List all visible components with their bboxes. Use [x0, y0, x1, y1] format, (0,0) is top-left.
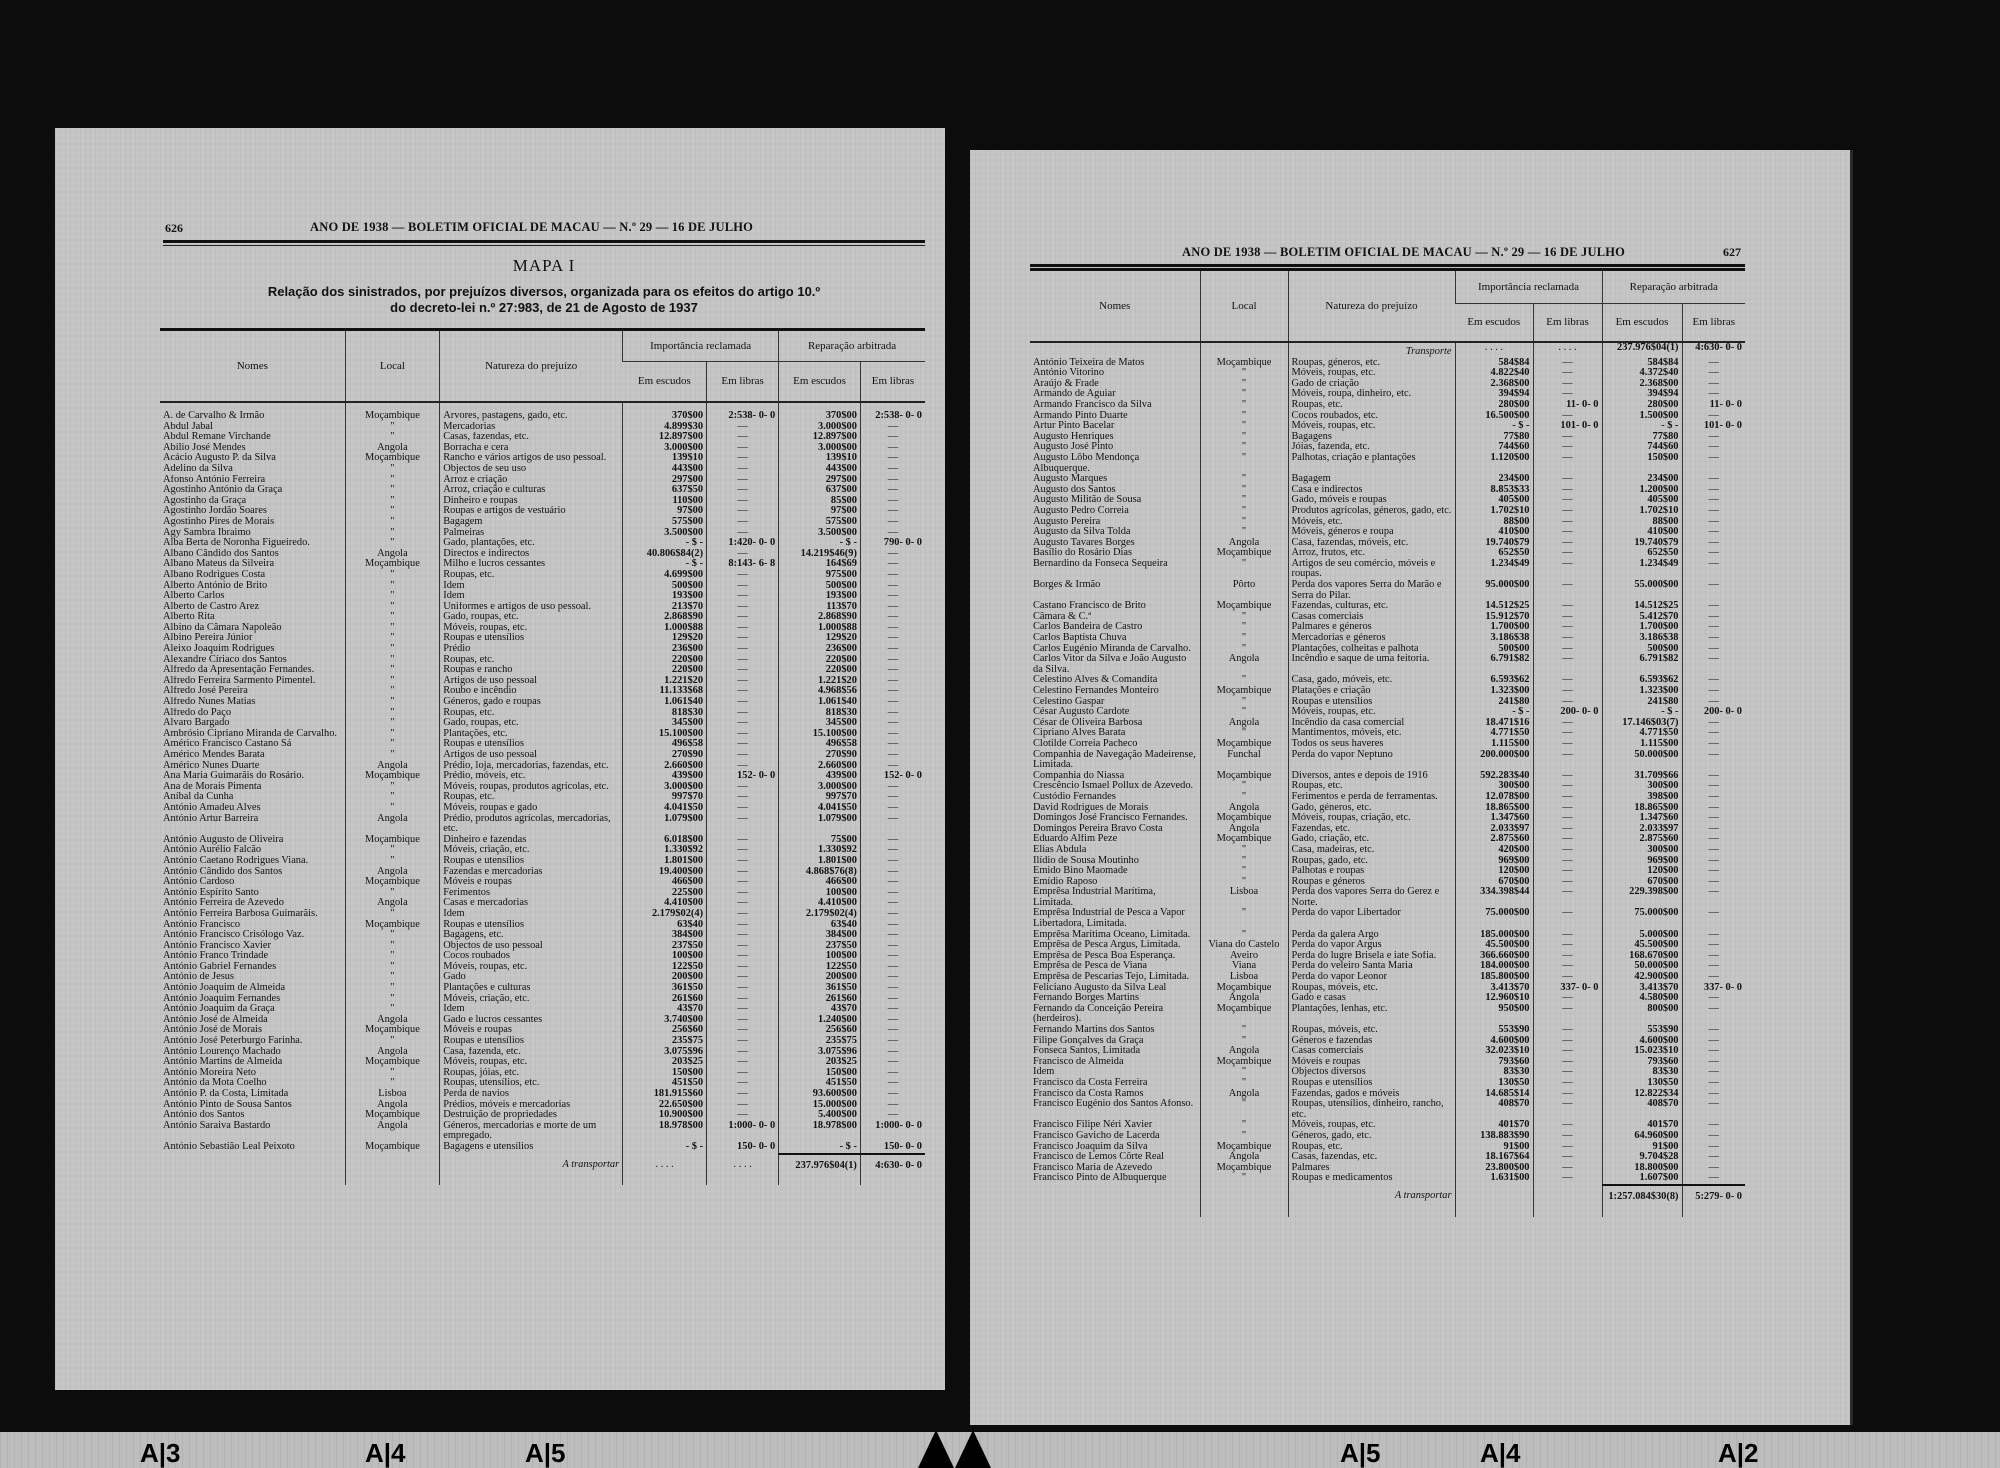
claimant-name: António Augusto de Oliveira [160, 835, 345, 846]
claimant-local: " [345, 1036, 440, 1047]
header-rule-thin [163, 245, 925, 246]
claimant-local: " [345, 930, 440, 941]
claimed-libras: — [1533, 538, 1602, 549]
claimant-name: Augusto dos Santos [1030, 485, 1200, 496]
claimant-name: Cipriano Alves Barata [1030, 728, 1200, 739]
awarded-escudos: 975$00 [779, 570, 861, 581]
table-row: Augusto Lôbo Mendonça Albuquerque."Palho… [1030, 453, 1745, 474]
claimant-name: Agy Sambra Ibraimo [160, 528, 345, 539]
damage-nature: Perda do vapor Argus [1288, 940, 1455, 951]
awarded-libras: — [860, 1015, 925, 1026]
claimant-local: " [345, 665, 440, 676]
damage-nature: Plantações, etc. [440, 729, 623, 740]
damage-nature: Gado, plantações, etc. [440, 538, 623, 549]
awarded-escudos: 256$60 [779, 1025, 861, 1036]
carry-forward-lib: . . . . [707, 1154, 779, 1172]
awarded-libras: — [860, 856, 925, 867]
claimed-libras: — [1533, 1173, 1602, 1185]
claimed-libras: — [1533, 845, 1602, 856]
claimed-escudos: 401$70 [1455, 1120, 1533, 1131]
claimant-name: Américo Nunes Duarte [160, 761, 345, 772]
claimant-local: " [1200, 728, 1288, 739]
claimed-libras: — [707, 898, 779, 909]
claimant-name: Ana Maria Guimarãis do Rosário. [160, 771, 345, 782]
damage-nature: Ferimentos e perda de ferramentas. [1288, 792, 1455, 803]
claimed-libras: — [707, 655, 779, 666]
claimant-local: Moçambique [1200, 686, 1288, 697]
claimed-libras: — [1533, 1004, 1602, 1025]
claimed-libras: — [707, 1110, 779, 1121]
table-row: Fernando Borges MartinsAngolaGado e casa… [1030, 993, 1745, 1004]
awarded-libras: — [1682, 411, 1745, 422]
claimed-escudos: 496$58 [623, 739, 707, 750]
claimed-libras: — [1533, 792, 1602, 803]
claimed-escudos: 139$10 [623, 453, 707, 464]
claimant-name: António Francisco Crisólogo Vaz. [160, 930, 345, 941]
claimed-escudos: 420$00 [1455, 845, 1533, 856]
claimed-escudos: 184.000$00 [1455, 961, 1533, 972]
claimed-libras: — [1533, 1142, 1602, 1153]
table-row: Augusto Tavares BorgesAngolaCasa, fazend… [1030, 538, 1745, 549]
claimed-libras: — [707, 1100, 779, 1111]
awarded-libras: — [860, 475, 925, 486]
claimed-libras: — [1533, 517, 1602, 528]
claimed-libras: — [1533, 358, 1602, 369]
claimant-name: Abdul Jabal [160, 422, 345, 433]
awarded-escudos: 203$25 [779, 1057, 861, 1068]
claimed-libras: — [1533, 951, 1602, 962]
claimed-escudos: 97$00 [623, 506, 707, 517]
claimant-name: António Francisco [160, 920, 345, 931]
damage-nature: Gado, criação, etc. [1288, 834, 1455, 845]
awarded-libras: — [1682, 538, 1745, 549]
claimant-local: Angola [345, 814, 440, 835]
awarded-escudos: 270$90 [779, 750, 861, 761]
damage-nature: Móveis, criação, etc. [440, 845, 623, 856]
claimed-escudos: 1.323$00 [1455, 686, 1533, 697]
film-frame-mark: A|5 [525, 1438, 566, 1468]
claimed-libras: — [707, 602, 779, 613]
claimed-libras: — [707, 453, 779, 464]
col-natureza: Natureza do prejuízo [440, 330, 623, 403]
claimant-local: Moçambique [1200, 771, 1288, 782]
claimed-libras: — [707, 867, 779, 878]
claimant-name: Domingos Pereira Bravo Costa [1030, 824, 1200, 835]
damage-nature: Roupas e utensílios [440, 633, 623, 644]
claimant-local: " [345, 581, 440, 592]
claimed-libras: — [707, 750, 779, 761]
claimed-escudos: 2.868$90 [623, 612, 707, 623]
claimed-libras: 2:538- 0- 0 [707, 411, 779, 422]
table-row: António Amadeu Alves"Móveis, roupas e ga… [160, 803, 925, 814]
claimed-escudos: 19.400$00 [623, 867, 707, 878]
table-row: António José de MoraisMoçambiqueMóveis e… [160, 1025, 925, 1036]
claimant-name: Emídio Raposo [1030, 877, 1200, 888]
damage-nature: Móveis, roupas, etc. [1288, 707, 1455, 718]
awarded-libras: — [1682, 633, 1745, 644]
awarded-escudos: 637$00 [779, 485, 861, 496]
claimed-libras: — [1533, 559, 1602, 580]
claimed-libras: — [1533, 930, 1602, 941]
awarded-escudos: 9.704$28 [1602, 1152, 1682, 1163]
table-row: Ana de Morais Pimenta"Móveis, roupas, pr… [160, 782, 925, 793]
claimed-libras: 337- 0- 0 [1533, 983, 1602, 994]
awarded-libras: 2:538- 0- 0 [860, 411, 925, 422]
claimed-escudos: 77$80 [1455, 432, 1533, 443]
claims-table: Nomes Local Natureza do prejuízo Importâ… [160, 328, 925, 1185]
claimed-libras: — [1533, 803, 1602, 814]
table-row: Armando de Aguiar"Móveis, roupa, dinheir… [1030, 389, 1745, 400]
damage-nature: Casa e indirectos [1288, 485, 1455, 496]
awarded-escudos: 97$00 [779, 506, 861, 517]
claimed-escudos: 466$00 [623, 877, 707, 888]
claimed-libras: 200- 0- 0 [1533, 707, 1602, 718]
claimant-local: Moçambique [1200, 1142, 1288, 1153]
claimed-escudos: 138.883$90 [1455, 1131, 1533, 1142]
claimed-escudos: 8.853$33 [1455, 485, 1533, 496]
table-row: António Aurélio Falcão"Móveis, criação, … [160, 845, 925, 856]
claimant-name: Celestino Fernandes Monteiro [1030, 686, 1200, 697]
table-row: Filipe Gonçalves da Graça"Géneros e faze… [1030, 1036, 1745, 1047]
claimant-name: Augusto Tavares Borges [1030, 538, 1200, 549]
claimant-name: Francisco Pinto de Albuquerque [1030, 1173, 1200, 1185]
running-head: ANO DE 1938 — BOLETIM OFICIAL DE MACAU —… [310, 220, 753, 235]
awarded-libras: — [1682, 930, 1745, 941]
header-rule [1030, 264, 1745, 267]
awarded-libras: — [1682, 368, 1745, 379]
awarded-libras: — [1682, 1131, 1745, 1142]
awarded-escudos: 3.413$70 [1602, 983, 1682, 994]
col-importancia-reclamada: Importância reclamada [1455, 270, 1602, 304]
claimant-local: " [1200, 707, 1288, 718]
awarded-libras: — [860, 1110, 925, 1121]
awarded-escudos: 139$10 [779, 453, 861, 464]
claimant-local: " [345, 570, 440, 581]
damage-nature: Roupas e géneros [1288, 877, 1455, 888]
damage-nature: Palmeiras [440, 528, 623, 539]
awarded-libras: — [860, 665, 925, 676]
claimant-local: Moçambique [1200, 1004, 1288, 1025]
claimant-name: César Augusto Cardote [1030, 707, 1200, 718]
awarded-escudos: 75$00 [779, 835, 861, 846]
film-frame-mark: A|2 [1718, 1438, 1759, 1468]
awarded-libras: — [1682, 1025, 1745, 1036]
left-page: 626 ANO DE 1938 — BOLETIM OFICIAL DE MAC… [55, 128, 945, 1390]
carry-forward-label: A transportar [440, 1154, 623, 1172]
transport-label: Transporte [1288, 342, 1455, 358]
awarded-libras: — [1682, 1089, 1745, 1100]
awarded-libras: — [1682, 527, 1745, 538]
awarded-escudos: 670$00 [1602, 877, 1682, 888]
claimed-libras: — [707, 1047, 779, 1058]
transport-rep-lib: 4:630- 0- 0 [1682, 342, 1745, 358]
claimed-escudos: 4.771$50 [1455, 728, 1533, 739]
claimant-name: Eduardo Alfim Peze [1030, 834, 1200, 845]
claimant-name: António Teixeira de Matos [1030, 358, 1200, 369]
awarded-escudos: 129$20 [779, 633, 861, 644]
claimed-escudos: 3.075$96 [623, 1047, 707, 1058]
table-row: Cipriano Alves Barata"Mantimentos, móvei… [1030, 728, 1745, 739]
claimant-name: Augusto Militão de Sousa [1030, 495, 1200, 506]
awarded-libras: — [1682, 1173, 1745, 1185]
header-rule [163, 240, 925, 243]
damage-nature: Perda do vapor Leonor [1288, 972, 1455, 983]
claimant-local: " [345, 803, 440, 814]
carry-forward-esc: . . . . [623, 1154, 707, 1172]
awarded-libras: — [860, 1057, 925, 1068]
claimed-libras: — [707, 644, 779, 655]
claimed-escudos: 3.000$00 [623, 443, 707, 454]
claimed-libras: — [1533, 887, 1602, 908]
claimed-libras: — [1533, 633, 1602, 644]
claimant-name: Francisco Eugénio dos Santos Afonso. [1030, 1099, 1200, 1120]
claimant-name: António Artur Barreira [160, 814, 345, 835]
awarded-libras: — [1682, 1099, 1745, 1120]
table-row: Américo Francisco Castano Sá"Roupas e ut… [160, 739, 925, 750]
right-page: ANO DE 1938 — BOLETIM OFICIAL DE MACAU —… [970, 150, 1853, 1425]
damage-nature: Palhotas e roupas [1288, 866, 1455, 877]
damage-nature: Roupas, etc. [1288, 781, 1455, 792]
claimed-escudos: 575$00 [623, 517, 707, 528]
claimant-name: Carlos Baptista Chuva [1030, 633, 1200, 644]
awarded-libras: — [1682, 453, 1745, 474]
claimant-name: Abdul Remane Virchande [160, 432, 345, 443]
awarded-libras: 101- 0- 0 [1682, 421, 1745, 432]
table-row: Carlos Vitor da Silva e João Augusto da … [1030, 654, 1745, 675]
table-row: António Francisco Xavier"Objectos de uso… [160, 941, 925, 952]
claimed-escudos: 14.685$14 [1455, 1089, 1533, 1100]
awarded-libras: — [1682, 442, 1745, 453]
awarded-escudos: 1.200$00 [1602, 485, 1682, 496]
claimed-libras: — [707, 718, 779, 729]
awarded-escudos: 300$00 [1602, 845, 1682, 856]
damage-nature: Bagagem [1288, 474, 1455, 485]
awarded-libras: — [860, 591, 925, 602]
claimant-local: " [345, 962, 440, 973]
damage-nature: Gado de criação [1288, 379, 1455, 390]
claimant-name: Alfredo da Apresentação Fernandes. [160, 665, 345, 676]
damage-nature: Objectos diversos [1288, 1067, 1455, 1078]
claimant-local: " [345, 782, 440, 793]
claimed-escudos: 237$50 [623, 941, 707, 952]
damage-nature: Roupas, utensílios, etc. [440, 1078, 623, 1089]
claimant-name: Albino da Câmara Napoleão [160, 623, 345, 634]
claimant-name: César de Oliveira Barbosa [1030, 718, 1200, 729]
claimant-name: Bernardino da Fonseca Sequeira [1030, 559, 1200, 580]
claimant-name: Alberto Rita [160, 612, 345, 623]
awarded-libras: — [1682, 866, 1745, 877]
claimed-escudos: 32.023$10 [1455, 1046, 1533, 1057]
awarded-libras: — [860, 718, 925, 729]
awarded-libras: — [1682, 1152, 1745, 1163]
awarded-libras: — [860, 729, 925, 740]
claimed-libras: — [707, 1057, 779, 1068]
claimant-local: " [1200, 1036, 1288, 1047]
claimed-libras: — [1533, 993, 1602, 1004]
awarded-escudos: 2.368$00 [1602, 379, 1682, 390]
damage-nature: Plantações, colheitas e palhota [1288, 644, 1455, 655]
awarded-escudos: 1.700$00 [1602, 622, 1682, 633]
claimed-escudos: 2.179$02(4) [623, 909, 707, 920]
claimant-local: " [345, 464, 440, 475]
damage-nature: Perda do veleiro Santa Maria [1288, 961, 1455, 972]
damage-nature: Palmares [1288, 1163, 1455, 1174]
damage-nature: Roupas e medicamentos [1288, 1173, 1455, 1185]
claimed-escudos: 256$60 [623, 1025, 707, 1036]
claimant-local: " [1200, 792, 1288, 803]
awarded-libras: — [860, 739, 925, 750]
table-row: António CardosoMoçambiqueMóveis e roupas… [160, 877, 925, 888]
table-row: Agy Sambra Ibraimo"Palmeiras3.500$00—3.5… [160, 528, 925, 539]
claimed-libras: — [707, 591, 779, 602]
table-row: Armando Pinto Duarte"Cocos roubados, etc… [1030, 411, 1745, 422]
claimed-libras: — [1533, 1057, 1602, 1068]
claimed-libras: — [1533, 1131, 1602, 1142]
claimed-libras: — [1533, 813, 1602, 824]
claimed-escudos: 18.978$00 [623, 1121, 707, 1142]
claimed-escudos: 1.234$49 [1455, 559, 1533, 580]
claimant-local: " [1200, 1025, 1288, 1036]
damage-nature: Móveis, roupas, criação, etc. [1288, 813, 1455, 824]
awarded-escudos: 4.580$00 [1602, 993, 1682, 1004]
damage-nature: Arroz, criação e culturas [440, 485, 623, 496]
awarded-escudos: 584$84 [1602, 358, 1682, 369]
damage-nature: Casas, fazendas, etc. [440, 432, 623, 443]
claimant-name: Carlos Eugénio Miranda de Carvalho. [1030, 644, 1200, 655]
claimant-local: " [345, 686, 440, 697]
claimant-name: António Caetano Rodrigues Viana. [160, 856, 345, 867]
claimed-libras: — [1533, 368, 1602, 379]
claimant-name: Américo Mendes Barata [160, 750, 345, 761]
awarded-escudos: 15.000$00 [779, 1100, 861, 1111]
claimed-escudos: 2.660$00 [623, 761, 707, 772]
claimant-local: Moçambique [1200, 1057, 1288, 1068]
awarded-escudos: 384$00 [779, 930, 861, 941]
claimed-libras: — [707, 1015, 779, 1026]
claimant-local: " [345, 422, 440, 433]
claimant-local: Angola [345, 761, 440, 772]
awarded-escudos: 443$00 [779, 464, 861, 475]
awarded-escudos: 229.398$00 [1602, 887, 1682, 908]
damage-nature: Roupas, etc. [440, 708, 623, 719]
awarded-escudos: 3.000$00 [779, 443, 861, 454]
damage-nature: Arroz, frutos, etc. [1288, 548, 1455, 559]
awarded-escudos: 12.822$34 [1602, 1089, 1682, 1100]
claimed-libras: — [1533, 697, 1602, 708]
awarded-libras: 200- 0- 0 [1682, 707, 1745, 718]
claimed-escudos: 43$70 [623, 1004, 707, 1015]
table-row: António Saraiva BastardoAngolaGéneros, m… [160, 1121, 925, 1142]
damage-nature: Casas e mercadorias [440, 898, 623, 909]
claimed-libras: — [707, 485, 779, 496]
claimed-escudos: 297$00 [623, 475, 707, 486]
claimant-name: António Pinto de Sousa Santos [160, 1100, 345, 1111]
table-row: António FranciscoMoçambiqueRoupas e uten… [160, 920, 925, 931]
claimed-escudos: 4.410$00 [623, 898, 707, 909]
awarded-libras: — [1682, 358, 1745, 369]
table-row: Francisco Pinto de Albuquerque"Roupas e … [1030, 1173, 1745, 1185]
awarded-escudos: 19.740$79 [1602, 538, 1682, 549]
claimed-libras: — [1533, 654, 1602, 675]
awarded-libras: — [1682, 1120, 1745, 1131]
damage-nature: Géneros, gado, etc. [1288, 1131, 1455, 1142]
claimed-escudos: 23.800$00 [1455, 1163, 1533, 1174]
claimed-escudos: 88$00 [1455, 517, 1533, 528]
claimant-name: António Moreira Neto [160, 1068, 345, 1079]
awarded-escudos: 237$50 [779, 941, 861, 952]
table-row: António José de AlmeidaAngolaGado e lucr… [160, 1015, 925, 1026]
awarded-escudos: 652$50 [1602, 548, 1682, 559]
claimed-libras: — [1533, 877, 1602, 888]
awarded-escudos: 43$70 [779, 1004, 861, 1015]
awarded-escudos: 63$40 [779, 920, 861, 931]
claimant-name: António Joaquim Fernandes [160, 994, 345, 1005]
damage-nature: Móveis, roupas, etc. [1288, 1120, 1455, 1131]
damage-nature: Móveis, géneros e roupa [1288, 527, 1455, 538]
claims-table: Nomes Local Natureza do prejuízo Importâ… [1030, 268, 1745, 1217]
claimed-escudos: 6.791$82 [1455, 654, 1533, 675]
damage-nature: Géneros, mercadorias e morte de um empre… [440, 1121, 623, 1142]
awarded-libras: — [1682, 686, 1745, 697]
claimant-name: Ana de Morais Pimenta [160, 782, 345, 793]
awarded-escudos: 1.234$49 [1602, 559, 1682, 580]
claimant-name: Francisco Joaquim da Silva [1030, 1142, 1200, 1153]
claimed-libras: — [707, 962, 779, 973]
claims-table-body: Transporte . . . . . . . . 237.976$04(1)… [1030, 342, 1745, 1185]
claimant-local: Moçambique [345, 411, 440, 422]
claimed-escudos: 405$00 [1455, 495, 1533, 506]
table-row: Agostinho António da Graça"Arroz, criaçã… [160, 485, 925, 496]
table-row: Albino da Câmara Napoleão"Móveis, roupas… [160, 623, 925, 634]
table-row: Alfredo José Pereira"Roubo e incêndio11.… [160, 686, 925, 697]
claimant-local: Angola [1200, 993, 1288, 1004]
claimed-escudos: 1.221$20 [623, 676, 707, 687]
frame-marker-left-icon [918, 1430, 954, 1468]
claimant-name: António José Peterburgo Farinha. [160, 1036, 345, 1047]
table-row: Augusto Pedro Correia"Produtos agrícolas… [1030, 506, 1745, 517]
awarded-escudos: 1.500$00 [1602, 411, 1682, 422]
claimant-name: Elias Abdula [1030, 845, 1200, 856]
awarded-libras: — [1682, 485, 1745, 496]
claimed-libras: — [1533, 1046, 1602, 1057]
col-arbitrada-escudos: Em escudos [779, 362, 861, 403]
table-row: Emprêsa de Pescarias Tejo, Limitada.Lisb… [1030, 972, 1745, 983]
damage-nature: Produtos agrícolas, géneros, gado, etc. [1288, 506, 1455, 517]
damage-nature: Móveis, criação, etc. [440, 994, 623, 1005]
damage-nature: Roupas, etc. [440, 655, 623, 666]
awarded-escudos: 5.412$70 [1602, 612, 1682, 623]
table-row: António Joaquim da Graça"Idem43$70—43$70… [160, 1004, 925, 1015]
table-row: Agostinho da Graça"Dinheiro e roupas110$… [160, 496, 925, 507]
awarded-libras: — [860, 972, 925, 983]
awarded-libras: — [860, 962, 925, 973]
awarded-libras: — [1682, 1163, 1745, 1174]
claimed-libras: — [1533, 1025, 1602, 1036]
claimed-escudos: 120$00 [1455, 866, 1533, 877]
awarded-escudos: 4.372$40 [1602, 368, 1682, 379]
awarded-libras: — [1682, 601, 1745, 612]
claimed-libras: — [1533, 453, 1602, 474]
awarded-libras: — [1682, 1057, 1745, 1068]
table-row: António Vitorino"Móveis, roupas, etc.4.8… [1030, 368, 1745, 379]
claimant-local: " [345, 517, 440, 528]
claimant-local: " [1200, 622, 1288, 633]
claimed-escudos: 2.875$60 [1455, 834, 1533, 845]
table-row: Emídio Raposo"Roupas e géneros670$00—670… [1030, 877, 1745, 888]
awarded-escudos: 2.660$00 [779, 761, 861, 772]
claimant-name: Basílio do Rosário Dias [1030, 548, 1200, 559]
claimed-libras: — [707, 697, 779, 708]
